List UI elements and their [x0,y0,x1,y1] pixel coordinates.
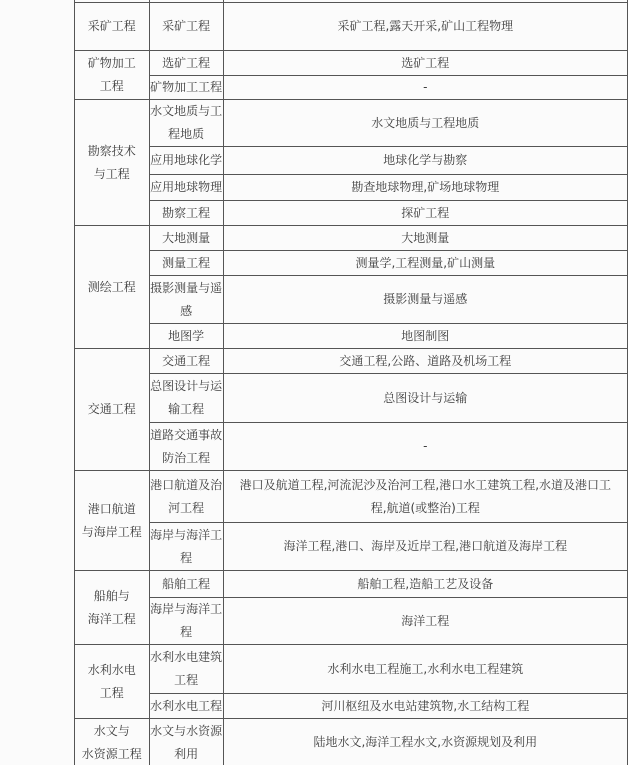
table-row: 采矿工程 采矿工程 采矿工程,露天开采,矿山工程物理 [75,3,628,51]
majors-mapping-table: 采矿工程 采矿工程 采矿工程,露天开采,矿山工程物理 矿物加工 工程 选矿工程 … [74,0,628,765]
description-cell: 河川枢纽及水电站建筑物,水工结构工程 [223,694,627,719]
description-cell: 水文地质与工程地质 [223,100,627,147]
table-row: 矿物加工工程 - [75,76,628,100]
description-cell: 交通工程,公路、道路及机场工程 [223,349,627,374]
major-cell: 测量工程 [149,251,223,276]
description-cell: - [223,423,627,471]
major-cell: 选矿工程 [149,51,223,76]
major-cell: 采矿工程 [149,3,223,51]
description-cell: 大地测量 [223,226,627,251]
major-cell: 摄影测量与遥 感 [149,276,223,324]
major-cell: 道路交通事故 防治工程 [149,423,223,471]
table-row: 地图学 地图制图 [75,324,628,349]
description-cell: 水利水电工程施工,水利水电工程建筑 [223,645,627,694]
table-row: 矿物加工 工程 选矿工程 选矿工程 [75,51,628,76]
description-cell: 地球化学与勘察 [223,147,627,175]
description-cell: - [223,76,627,100]
table-row: 海岸与海洋工 程 海洋工程,港口、海岸及近岸工程,港口航道及海岸工程 [75,523,628,571]
description-cell: 船舶工程,造船工艺及设备 [223,571,627,598]
major-cell: 水文地质与工 程地质 [149,100,223,147]
major-cell: 总图设计与运 输工程 [149,374,223,423]
document-page: 采矿工程 采矿工程 采矿工程,露天开采,矿山工程物理 矿物加工 工程 选矿工程 … [0,0,628,765]
major-cell: 船舶工程 [149,571,223,598]
table-row: 水利水电 工程 水利水电建筑 工程 水利水电工程施工,水利水电工程建筑 [75,645,628,694]
category-cell: 水利水电 工程 [75,645,150,719]
table-row: 水文与 水资源工程 水文与水资源 利用 陆地水文,海洋工程水文,水资源规划及利用 [75,719,628,765]
table-row: 测量工程 测量学,工程测量,矿山测量 [75,251,628,276]
major-cell: 海岸与海洋工 程 [149,598,223,645]
major-cell: 应用地球物理 [149,175,223,201]
description-cell: 海洋工程,港口、海岸及近岸工程,港口航道及海岸工程 [223,523,627,571]
table-row: 道路交通事故 防治工程 - [75,423,628,471]
description-cell: 选矿工程 [223,51,627,76]
table-row: 总图设计与运 输工程 总图设计与运输 [75,374,628,423]
description-cell: 陆地水文,海洋工程水文,水资源规划及利用 [223,719,627,765]
table-row: 交通工程 交通工程 交通工程,公路、道路及机场工程 [75,349,628,374]
table-row: 应用地球物理 勘查地球物理,矿场地球物理 [75,175,628,201]
description-cell: 地图制图 [223,324,627,349]
description-cell: 总图设计与运输 [223,374,627,423]
category-cell: 交通工程 [75,349,150,471]
description-cell: 海洋工程 [223,598,627,645]
table-row: 港口航道 与海岸工程 港口航道及治 河工程 港口及航道工程,河流泥沙及治河工程,… [75,471,628,523]
table-row: 勘察工程 探矿工程 [75,201,628,226]
major-cell: 勘察工程 [149,201,223,226]
table-row: 应用地球化学 地球化学与勘察 [75,147,628,175]
table-row: 船舶与 海洋工程 船舶工程 船舶工程,造船工艺及设备 [75,571,628,598]
category-cell: 港口航道 与海岸工程 [75,471,150,571]
major-cell: 水利水电工程 [149,694,223,719]
table-row: 水利水电工程 河川枢纽及水电站建筑物,水工结构工程 [75,694,628,719]
category-cell: 采矿工程 [75,3,150,51]
table-row: 测绘工程 大地测量 大地测量 [75,226,628,251]
table-row: 摄影测量与遥 感 摄影测量与遥感 [75,276,628,324]
description-cell: 测量学,工程测量,矿山测量 [223,251,627,276]
major-cell: 水文与水资源 利用 [149,719,223,765]
major-cell: 港口航道及治 河工程 [149,471,223,523]
category-cell: 矿物加工 工程 [75,51,150,100]
category-cell: 船舶与 海洋工程 [75,571,150,645]
major-cell: 水利水电建筑 工程 [149,645,223,694]
description-cell: 探矿工程 [223,201,627,226]
major-cell: 交通工程 [149,349,223,374]
major-cell: 矿物加工工程 [149,76,223,100]
major-cell: 大地测量 [149,226,223,251]
table-row: 勘察技术 与工程 水文地质与工 程地质 水文地质与工程地质 [75,100,628,147]
description-cell: 勘查地球物理,矿场地球物理 [223,175,627,201]
major-cell: 海岸与海洋工 程 [149,523,223,571]
category-cell: 勘察技术 与工程 [75,100,150,226]
table-row: 海岸与海洋工 程 海洋工程 [75,598,628,645]
major-cell: 地图学 [149,324,223,349]
major-cell: 应用地球化学 [149,147,223,175]
description-cell: 摄影测量与遥感 [223,276,627,324]
category-cell: 水文与 水资源工程 [75,719,150,765]
category-cell: 测绘工程 [75,226,150,349]
description-cell: 港口及航道工程,河流泥沙及治河工程,港口水工建筑工程,水道及港口工 程,航道(或… [223,471,627,523]
description-cell: 采矿工程,露天开采,矿山工程物理 [223,3,627,51]
